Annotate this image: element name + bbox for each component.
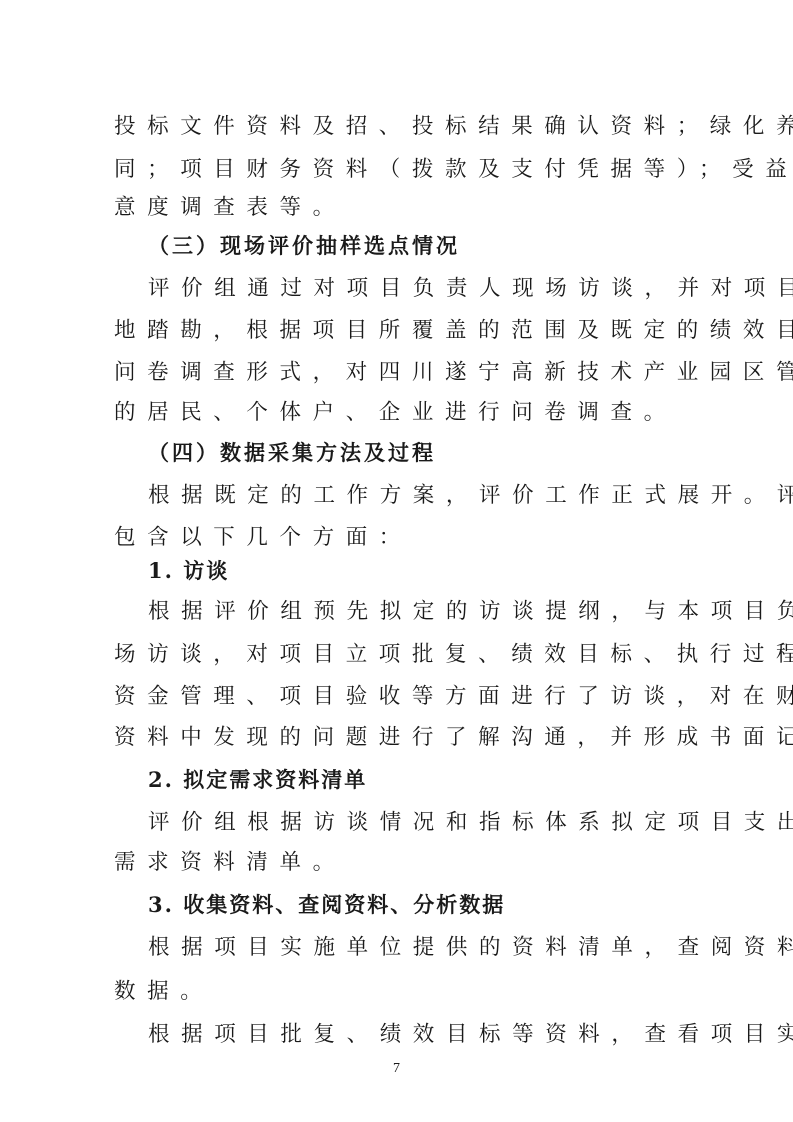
paragraph-line: 包含以下几个方面：: [114, 523, 684, 553]
subheading-interview: 1. 访谈: [148, 556, 718, 586]
paragraph-line: 数据。: [114, 977, 684, 1007]
page-number: 7: [0, 1060, 793, 1078]
paragraph-line: 需求资料清单。: [114, 848, 684, 878]
paragraph-line: 同；项目财务资料（拨款及支付凭据等）；受益群体对项目满: [114, 155, 684, 185]
subheading-collect-data: 3. 收集资料、查阅资料、分析数据: [148, 890, 718, 920]
section-heading-4: （四）数据采集方法及过程: [148, 438, 718, 468]
subheading-requirements-list: 2. 拟定需求资料清单: [148, 765, 718, 795]
paragraph-line: 地踏勘，根据项目所覆盖的范围及既定的绩效目标，选择通过: [114, 316, 684, 346]
paragraph-line: 投标文件资料及招、投标结果确认资料；绿化养护管理承包合: [114, 112, 684, 142]
paragraph-line: 问卷调查形式，对四川遂宁高新技术产业园区管理委员会附近: [114, 358, 684, 388]
paragraph-line: 资料中发现的问题进行了解沟通，并形成书面记录。: [114, 723, 684, 753]
paragraph-line: 意度调查表等。: [114, 193, 684, 223]
paragraph-line: 资金管理、项目验收等方面进行了访谈，对在财务资料、档案: [114, 682, 684, 712]
paragraph-line: 根据项目批复、绩效目标等资料，查看项目实施是否有相: [148, 1020, 718, 1050]
paragraph-line: 场访谈，对项目立项批复、绩效目标、执行过程、制度规范、: [114, 640, 684, 670]
paragraph-line: 评价组根据访谈情况和指标体系拟定项目支出绩效评价: [148, 808, 718, 838]
paragraph-line: 根据既定的工作方案，评价工作正式展开。评价工作主要: [148, 481, 718, 511]
paragraph-line: 评价组通过对项目负责人现场访谈，并对项目现场进行实: [148, 274, 718, 304]
paragraph-line: 根据评价组预先拟定的访谈提纲，与本项目负责人进行现: [148, 597, 718, 627]
document-page: 投标文件资料及招、投标结果确认资料；绿化养护管理承包合 同；项目财务资料（拨款及…: [0, 0, 793, 1122]
section-heading-3: （三）现场评价抽样选点情况: [148, 231, 718, 261]
paragraph-line: 的居民、个体户、企业进行问卷调查。: [114, 398, 684, 428]
paragraph-line: 根据项目实施单位提供的资料清单，查阅资料并统计分析: [148, 933, 718, 963]
